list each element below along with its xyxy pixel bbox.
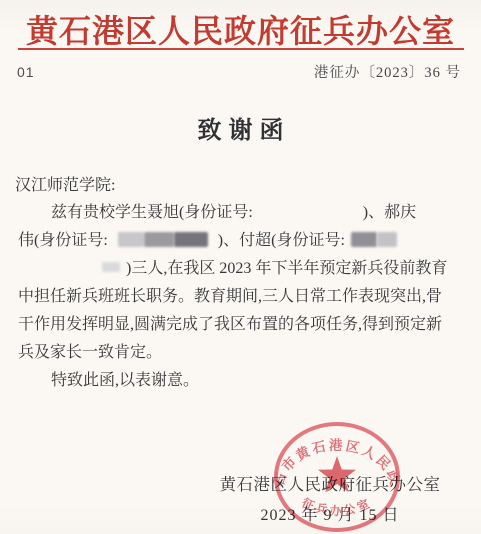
redaction-smudge (102, 262, 120, 272)
body-line-5: 干作用发挥明显,圆满完成了我区布置的各项任务,得到预定新 (18, 311, 442, 334)
body-line-2: 伟(身份证号:)、付超(身份证号: (18, 227, 397, 250)
redaction-blur (144, 232, 174, 247)
red-star-icon (318, 456, 356, 492)
recipient-line: 汉江师范学院: (15, 172, 115, 195)
redaction-blur (351, 232, 377, 247)
body-line-1-suffix: )、郝庆 (363, 204, 416, 221)
meta-row: 01 港征办〔2023〕36 号 (17, 61, 461, 82)
closing-line: 特致此函,以表谢意。 (18, 367, 199, 390)
body-line-4: 中担任新兵班班长职务。教育期间,三人日常工作表现突出,骨 (18, 283, 442, 306)
body-line-3-text: )三人,在我区 2023 年下半年预定新兵役前教育 (126, 260, 447, 277)
letterhead-title: 黄石港区人民政府征兵办公室 (0, 6, 481, 52)
body-line-2-mid: )、付超(身份证号: (218, 232, 345, 249)
body-line-3: )三人,在我区 2023 年下半年预定新兵役前教育 (18, 255, 447, 278)
redaction-blur (118, 232, 144, 247)
redaction-blur (377, 232, 397, 247)
official-seal: 黄石市黄石港区人民政府 征兵办公室 (268, 419, 406, 534)
body-line-6: 兵及家长一致肯定。 (18, 339, 162, 362)
redaction-blur (174, 232, 208, 247)
document-title: 致谢函 (0, 110, 481, 145)
seal-bottom-text: 征兵办公室 (299, 494, 374, 518)
page-number: 01 (17, 64, 35, 80)
body-line-1: 兹有贵校学生聂旭(身份证号:)、郝庆 (18, 199, 416, 222)
svg-text:征兵办公室: 征兵办公室 (299, 494, 374, 518)
body-line-1-text: 兹有贵校学生聂旭(身份证号: (51, 204, 253, 221)
scanned-letter-page: 黄石港区人民政府征兵办公室 01 港征办〔2023〕36 号 致谢函 汉江师范学… (0, 0, 481, 534)
letterhead-divider (18, 48, 464, 50)
body-line-2-prefix: 伟(身份证号: (18, 232, 108, 249)
document-number: 港征办〔2023〕36 号 (314, 61, 461, 82)
